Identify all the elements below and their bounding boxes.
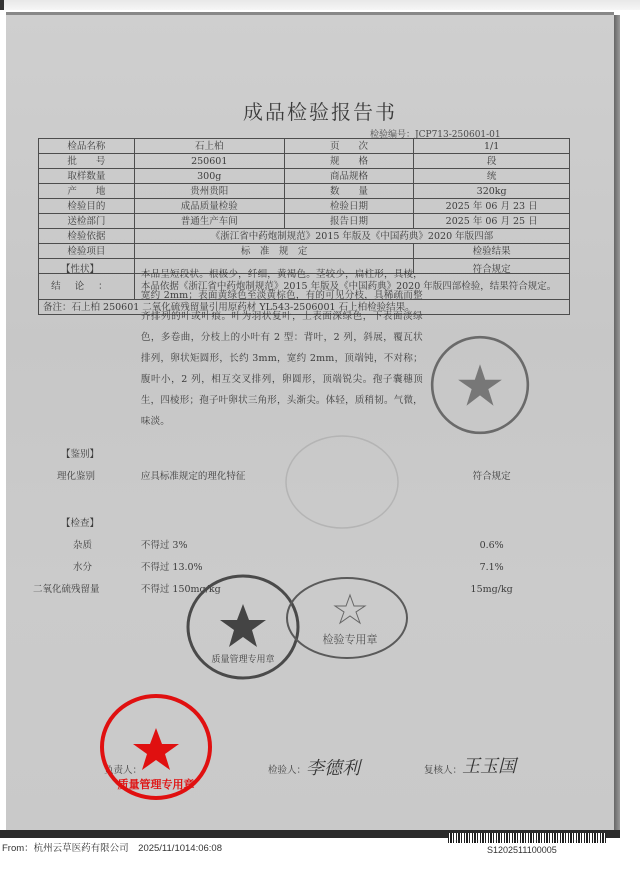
cell-value: 320kg — [414, 184, 570, 199]
red-quality-seal: 质量管理专用章 — [98, 692, 214, 802]
conclusion-label: 结论： — [39, 274, 135, 300]
cell-value: 250601 — [134, 154, 284, 169]
inspector-label: 检验人： — [268, 762, 306, 776]
table-row: 检验目的 成品质量检验 检验日期 2025 年 06 月 23 日 — [39, 199, 570, 214]
column-header-row: 检验项目 标 准 规 定 检验结果 — [39, 244, 570, 259]
section-heading-inspection: 【检查】 — [61, 517, 99, 530]
table-row: 取样数量 300g 商品规格 统 — [39, 169, 570, 184]
cell-value: 统 — [414, 169, 570, 184]
section-heading-character: 【性状】 — [61, 263, 99, 276]
basis-value: 《浙江省中药炮制规范》2015 年版及《中国药典》2020 年版四部 — [134, 229, 569, 244]
cell-value: 段 — [414, 154, 570, 169]
identification-result: 符合规定 — [414, 470, 569, 483]
identification-standard: 应具标准规定的理化特征 — [141, 470, 246, 483]
company-seal-gray — [428, 333, 532, 437]
cell-label: 产 地 — [39, 184, 135, 199]
table-row: 送检部门 普通生产车间 报告日期 2025 年 06 月 25 日 — [39, 214, 570, 229]
column-header-standard: 标 准 规 定 — [134, 244, 413, 259]
standard-column: 本品呈短段状。根极少，纤细，黄褐色。茎较少，扁柱形，具棱，宽约 2mm；表面黄绿… — [134, 259, 413, 274]
cell-label: 检品名称 — [39, 139, 135, 154]
basis-label: 检验依据 — [39, 229, 135, 244]
page-title: 成品检验报告书 — [0, 96, 640, 125]
item-impurity: 杂质 — [73, 539, 92, 552]
svg-text:质量管理专用章: 质量管理专用章 — [211, 653, 274, 665]
cell-label: 检验目的 — [39, 199, 135, 214]
table-row: 检品名称 石上柏 页 次 1/1 — [39, 139, 570, 154]
cell-label: 商品规格 — [284, 169, 414, 184]
cell-label: 规 格 — [284, 154, 414, 169]
cell-value: 2025 年 06 月 25 日 — [414, 214, 570, 229]
barcode-number: S1202511100005 — [487, 845, 557, 855]
reviewer-signature: 王玉国 — [462, 752, 516, 778]
column-header-result: 检验结果 — [414, 244, 570, 259]
cell-label: 送检部门 — [39, 214, 135, 229]
table-row: 产 地 贵州贵阳 数 量 320kg — [39, 184, 570, 199]
cell-label: 页 次 — [284, 139, 414, 154]
inspection-seal-oval: 检验专用章 — [284, 575, 410, 661]
cell-value: 普通生产车间 — [134, 214, 284, 229]
test-body-row: 【性状】 【鉴别】 理化鉴别 【检查】 杂质 水分 二氧化硫残留量 本品呈短段状… — [39, 259, 570, 274]
scan-top-edge — [0, 0, 640, 10]
cell-label: 取样数量 — [39, 169, 135, 184]
svg-text:质量管理专用章: 质量管理专用章 — [118, 777, 195, 791]
so2-result: 15mg/kg — [414, 583, 569, 596]
barcode — [448, 833, 606, 843]
inspection-table: 检品名称 石上柏 页 次 1/1 批 号 250601 规 格 段 取样数量 3… — [38, 138, 570, 315]
cell-label: 检验日期 — [284, 199, 414, 214]
section-heading-identification: 【鉴别】 — [61, 448, 99, 461]
cell-value: 贵州贵阳 — [134, 184, 284, 199]
moisture-result: 7.1% — [414, 561, 569, 574]
item-physchem-identification: 理化鉴别 — [57, 470, 95, 483]
table-row: 批 号 250601 规 格 段 — [39, 154, 570, 169]
cell-label: 报告日期 — [284, 214, 414, 229]
item-so2-residue: 二氧化硫残留量 — [33, 583, 100, 596]
svg-text:检验专用章: 检验专用章 — [323, 632, 378, 646]
cell-label: 批 号 — [39, 154, 135, 169]
impurity-standard: 不得过 3% — [141, 539, 188, 552]
test-items-column: 【性状】 【鉴别】 理化鉴别 【检查】 杂质 水分 二氧化硫残留量 — [39, 259, 135, 274]
cell-label: 数 量 — [284, 184, 414, 199]
item-moisture: 水分 — [73, 561, 92, 574]
reviewer-label: 复核人： — [424, 762, 462, 776]
result-column: 符合规定 符合规定 0.6% 7.1% 15mg/kg — [414, 259, 570, 274]
cell-value: 石上柏 — [134, 139, 284, 154]
cell-value: 1/1 — [414, 139, 570, 154]
column-header-item: 检验项目 — [39, 244, 135, 259]
character-result: 符合规定 — [414, 263, 569, 276]
basis-row: 检验依据 《浙江省中药炮制规范》2015 年版及《中国药典》2020 年版四部 — [39, 229, 570, 244]
inspector-signature: 李德利 — [306, 754, 360, 780]
impurity-result: 0.6% — [414, 539, 569, 552]
fax-header-from: From：杭州云草医药有限公司 2025/11/1014:06:08 — [2, 840, 222, 854]
faint-seal — [282, 432, 402, 532]
cell-value: 成品质量检验 — [134, 199, 284, 214]
cell-value: 300g — [134, 169, 284, 184]
cell-value: 2025 年 06 月 23 日 — [414, 199, 570, 214]
character-standard: 本品呈短段状。根极少，纤细，黄褐色。茎较少，扁柱形，具棱，宽约 2mm；表面黄绿… — [141, 264, 423, 432]
